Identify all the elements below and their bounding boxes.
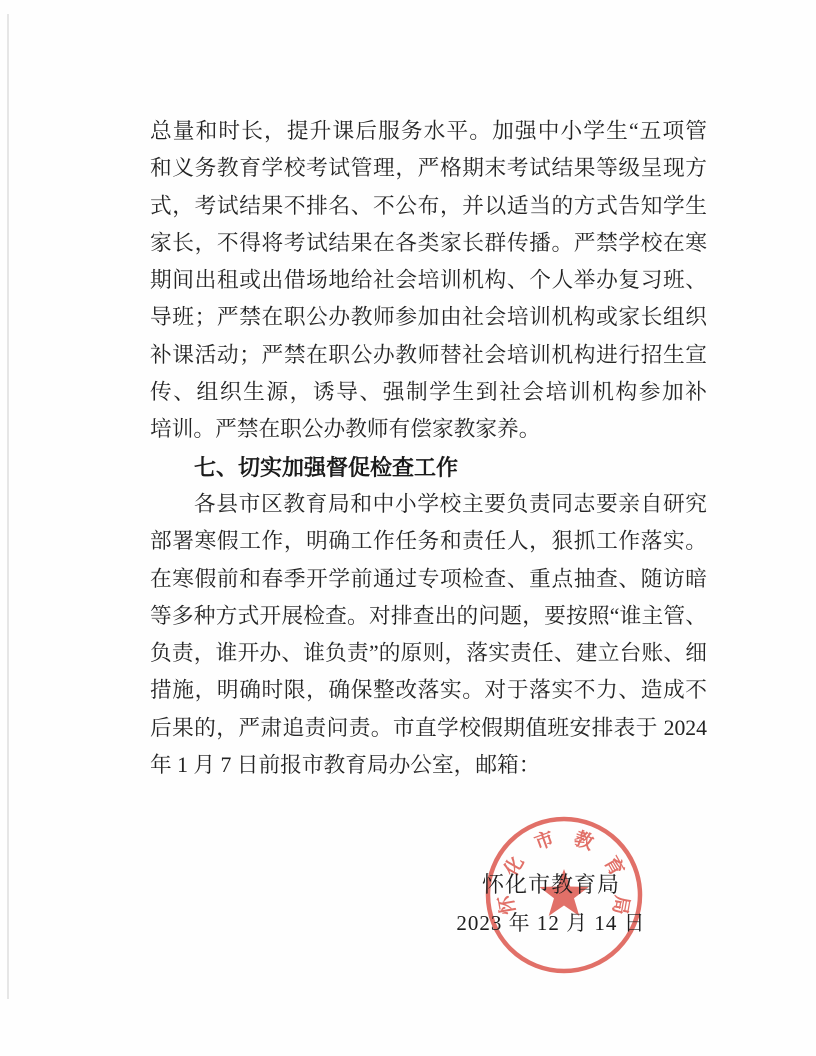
body-line: 各县市区教育局和中小学校主要负责同志要亲自研究 <box>150 486 707 523</box>
body-line: 期间出租或出借场地给社会培训机构、个人举办复习班、辅 <box>150 262 707 299</box>
body-line: 导班；严禁在职公办教师参加由社会培训机构或家长组织的 <box>150 299 707 336</box>
seal-text-char: 教 <box>571 826 598 854</box>
seal-text-char: 市 <box>531 826 557 854</box>
body-line: 部署寒假工作，明确工作任务和责任人，狠抓工作落实。要 <box>150 523 707 560</box>
body-line: 在寒假前和春季开学前通过专项检查、重点抽查、随访暗查 <box>150 561 707 598</box>
body-line: 措施，明确时限，确保整改落实。对于落实不力、造成不良 <box>150 672 707 709</box>
body-line: 培训。严禁在职公办教师有偿家教家养。 <box>150 411 707 448</box>
body-line: 等多种方式开展检查。对排查出的问题，要按照“谁主管、谁 <box>150 598 707 635</box>
document-body: 总量和时长，提升课后服务水平。加强中小学生“五项管理” 和义务教育学校考试管理，… <box>150 113 707 784</box>
body-line: 传、组织生源，诱导、强制学生到社会培训机构参加补课、 <box>150 374 707 411</box>
body-line: 补课活动；严禁在职公办教师替社会培训机构进行招生宣 <box>150 337 707 374</box>
body-line: 家长，不得将考试结果在各类家长群传播。严禁学校在寒假 <box>150 225 707 262</box>
body-line: 负责，谁开办、谁负责”的原则，落实责任、建立台账、细化 <box>150 635 707 672</box>
scan-edge-artifact <box>7 14 9 999</box>
document-page: 总量和时长，提升课后服务水平。加强中小学生“五项管理” 和义务教育学校考试管理，… <box>0 0 816 1056</box>
body-line: 和义务教育学校考试管理，严格期末考试结果等级呈现方 <box>150 150 707 187</box>
issuer-name: 怀化市教育局 <box>441 868 661 899</box>
body-line: 后果的，严肃追责问责。市直学校假期值班安排表于 2024 <box>150 710 707 747</box>
body-line: 式，考试结果不排名、不公布，并以适当的方式告知学生和 <box>150 188 707 225</box>
section-heading: 七、切实加强督促检查工作 <box>150 449 707 486</box>
issue-date: 2023 年 12 月 14 日 <box>441 907 661 937</box>
body-line: 年 1 月 7 日前报市教育局办公室，邮箱：66742392@qq.com。 <box>150 747 707 784</box>
body-line: 总量和时长，提升课后服务水平。加强中小学生“五项管理” <box>150 113 707 150</box>
